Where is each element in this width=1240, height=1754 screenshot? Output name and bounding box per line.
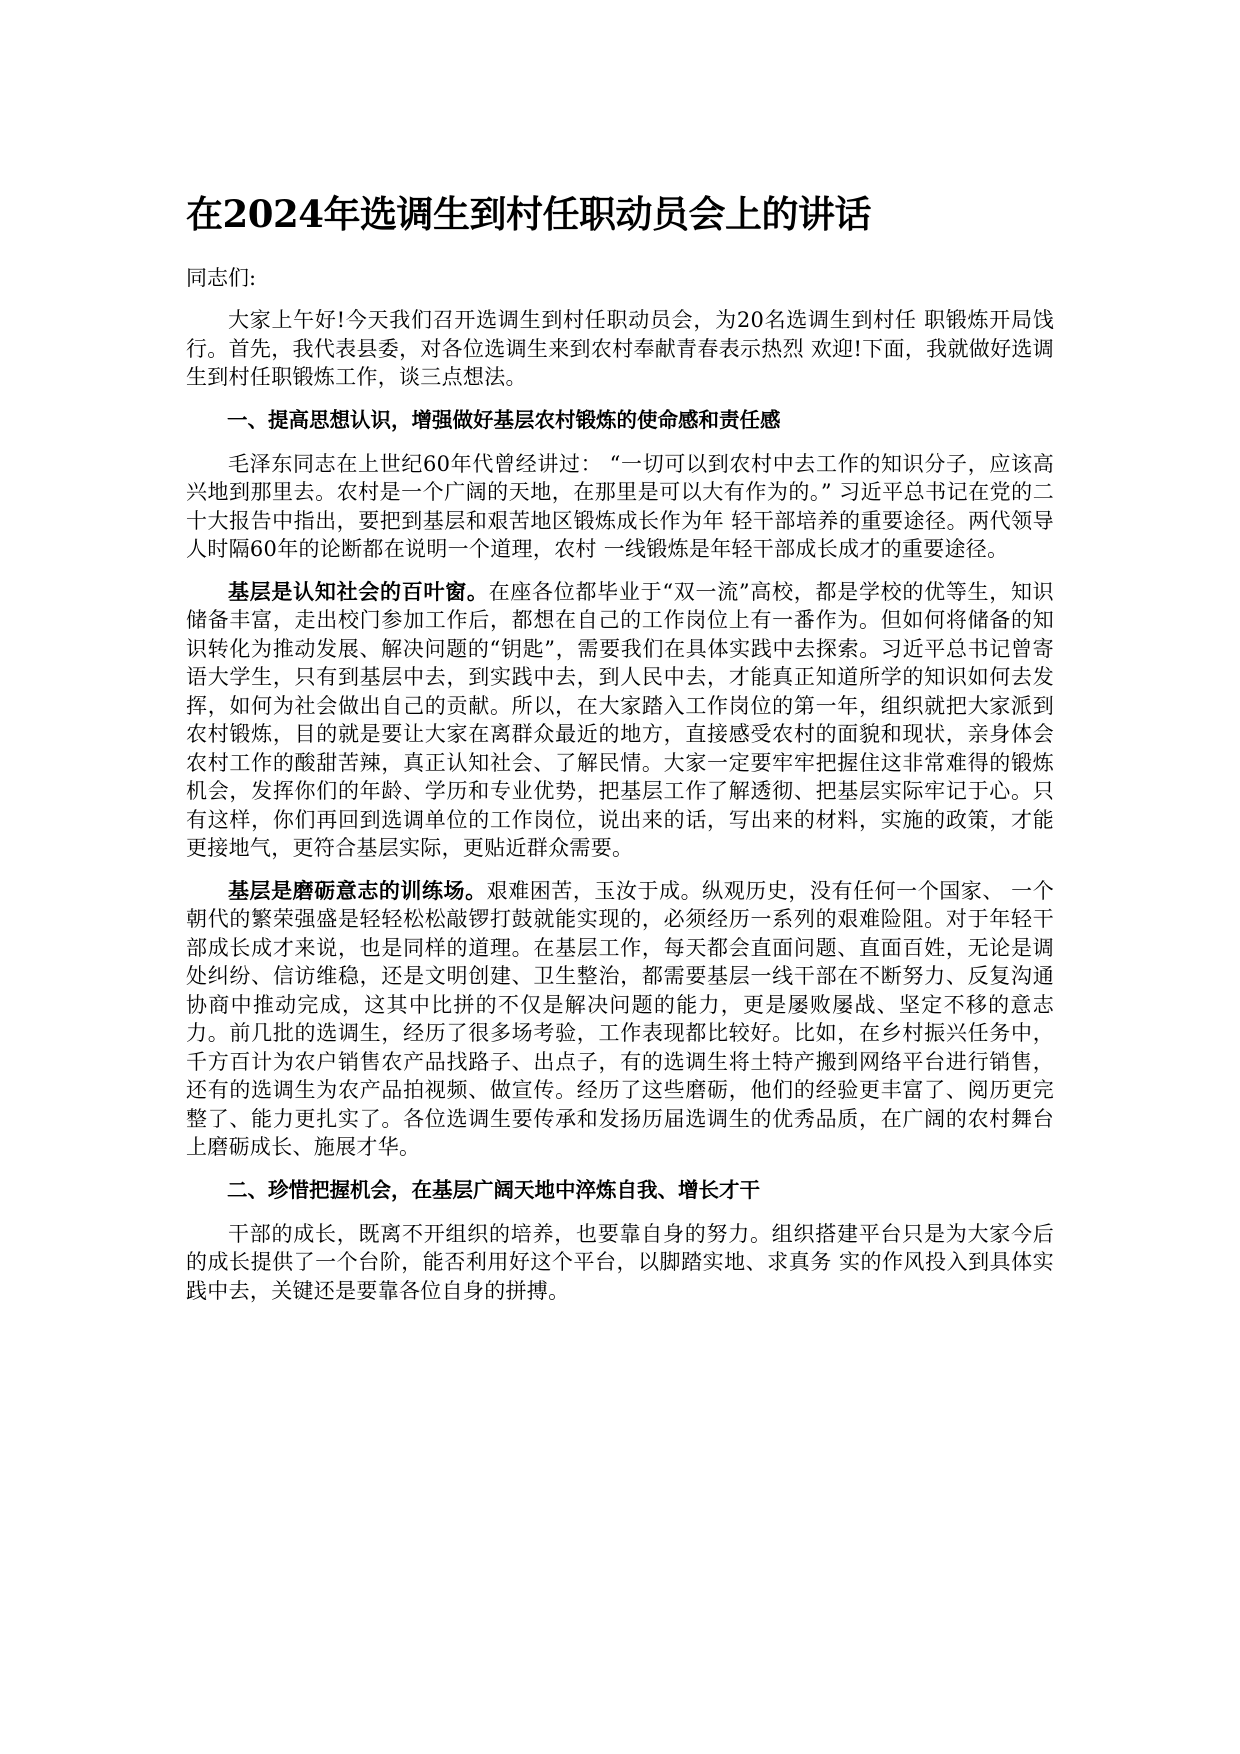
greeting: 同志们: bbox=[186, 264, 1054, 292]
paragraph: 基层是磨砺意志的训练场。艰难困苦，玉汝于成。纵观历史，没有任何一个国家、 一个朝… bbox=[186, 877, 1054, 1162]
section-1: 一、提高思想认识，增强做好基层农村锻炼的使命感和责任感 毛泽东同志在上世纪60年… bbox=[186, 406, 1054, 1162]
paragraph-lead: 基层是磨砺意志的训练场。 bbox=[228, 878, 487, 903]
intro-paragraph: 大家上午好!今天我们召开选调生到村任职动员会，为20名选调生到村任 职锻炼开局饯… bbox=[186, 306, 1054, 392]
paragraph-text: 艰难困苦，玉汝于成。纵观历史，没有任何一个国家、 一个朝代的繁荣强盛是轻轻松松敲… bbox=[186, 879, 1054, 1160]
section-2: 二、珍惜把握机会，在基层广阔天地中淬炼自我、增长才干 干部的成长，既离不开组织的… bbox=[186, 1176, 1054, 1306]
section-heading: 一、提高思想认识，增强做好基层农村锻炼的使命感和责任感 bbox=[186, 406, 1054, 434]
paragraph-lead: 基层是认知社会的百叶窗。 bbox=[228, 579, 489, 604]
paragraph: 干部的成长，既离不开组织的培养，也要靠自身的努力。组织搭建平台只是为大家今后的成… bbox=[186, 1220, 1054, 1306]
paragraph: 毛泽东同志在上世纪60年代曾经讲过： “一切可以到农村中去工作的知识分子，应该高… bbox=[186, 450, 1054, 564]
document-title: 在2024年选调生到村任职动员会上的讲话 bbox=[186, 190, 1054, 238]
paragraph-text: 毛泽东同志在上世纪60年代曾经讲过： “一切可以到农村中去工作的知识分子，应该高… bbox=[186, 452, 1054, 562]
paragraph-text: 在座各位都毕业于“双一流”高校，都是学校的优等生，知识储备丰富，走出校门参加工作… bbox=[186, 580, 1054, 861]
paragraph: 基层是认知社会的百叶窗。在座各位都毕业于“双一流”高校，都是学校的优等生，知识储… bbox=[186, 578, 1054, 863]
document-page: 在2024年选调生到村任职动员会上的讲话 同志们: 大家上午好!今天我们召开选调… bbox=[186, 190, 1054, 1319]
section-heading: 二、珍惜把握机会，在基层广阔天地中淬炼自我、增长才干 bbox=[186, 1176, 1054, 1204]
paragraph-text: 干部的成长，既离不开组织的培养，也要靠自身的努力。组织搭建平台只是为大家今后的成… bbox=[186, 1222, 1054, 1303]
